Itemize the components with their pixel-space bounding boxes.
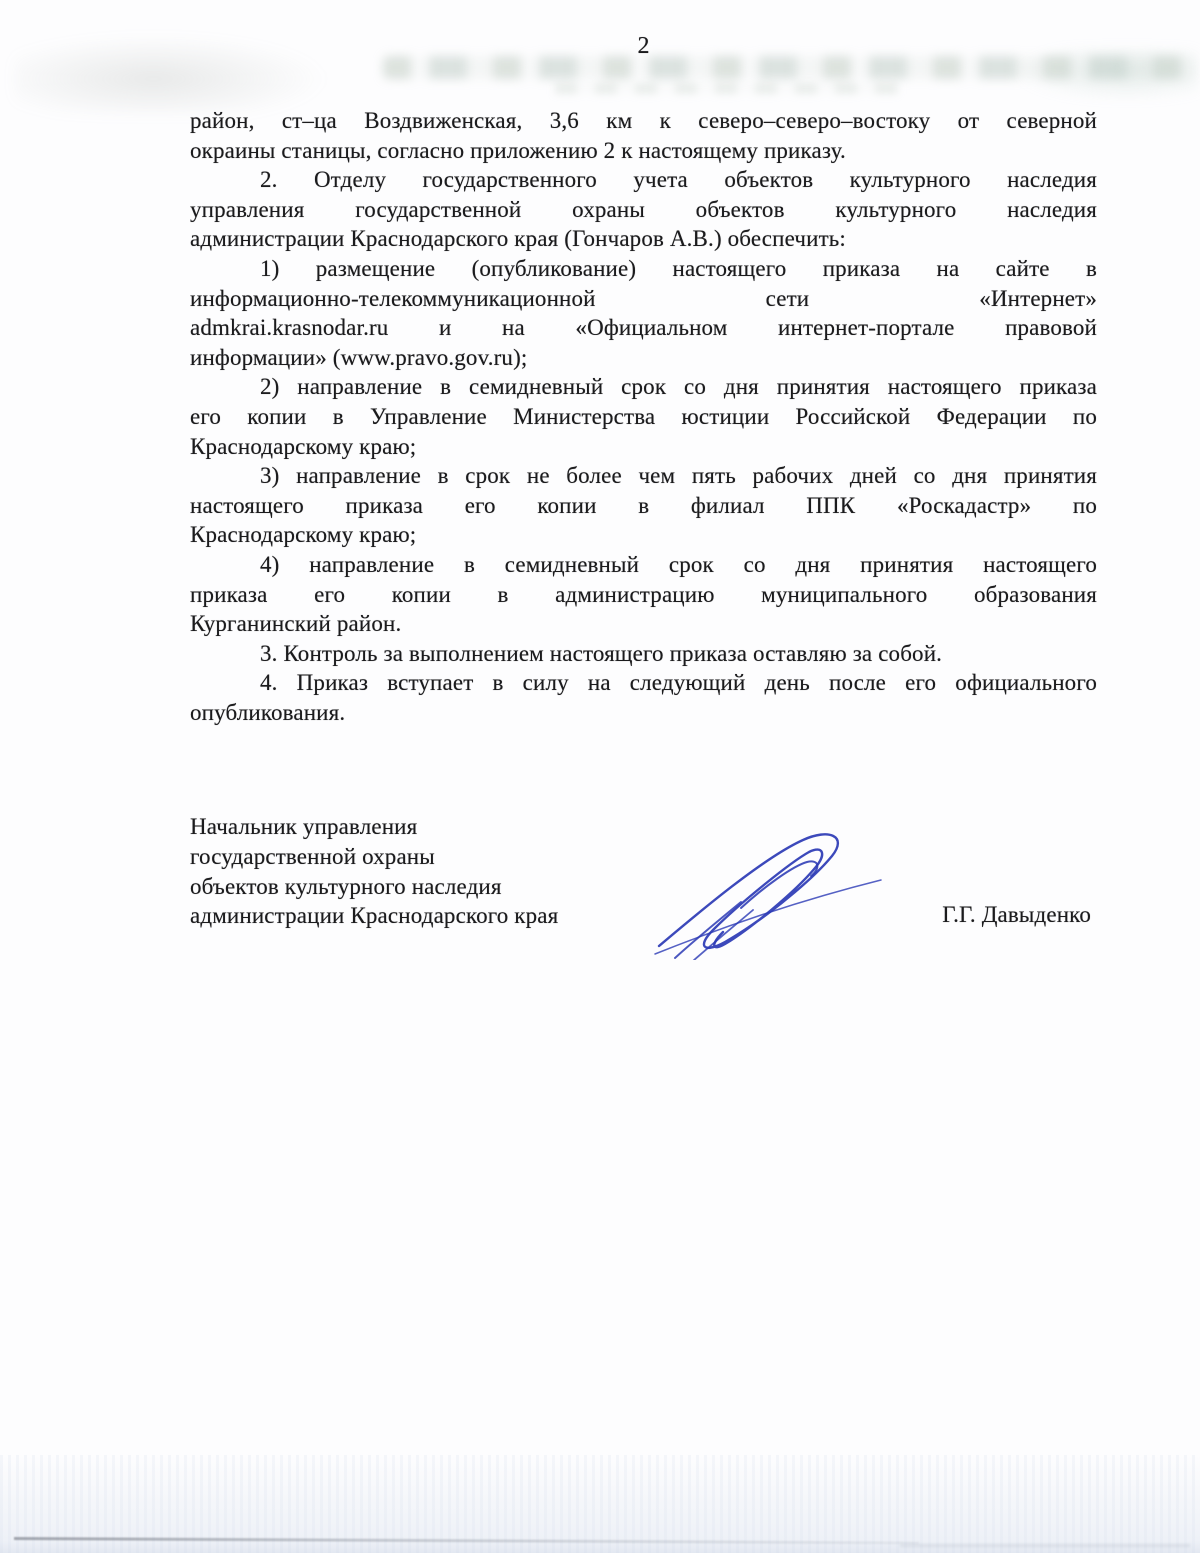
text-line: информации» (www.pravo.gov.ru); [190, 343, 1097, 373]
text-line: 1) размещение (опубликование) настоящего… [190, 254, 1097, 284]
text-line: окраины станицы, согласно приложению 2 к… [190, 136, 1097, 166]
scanner-streak-line-2 [900, 1544, 1190, 1547]
signature-block: Начальник управлениягосударственной охра… [190, 812, 1097, 972]
text-line: 4) направление в семидневный срок со дня… [190, 550, 1097, 580]
signatory-title-line: государственной охраны [190, 842, 1097, 872]
text-line: Курганинский район. [190, 609, 1097, 639]
signatory-name: Г.Г. Давыденко [942, 900, 1091, 930]
text-line: настоящего приказа его копии в филиал ПП… [190, 491, 1097, 521]
text-line: его копии в Управление Министерства юсти… [190, 402, 1097, 432]
text-line: район, ст–ца Воздвиженская, 3,6 км к сев… [190, 106, 1097, 136]
text-line: администрации Краснодарского края (Гонча… [190, 224, 1097, 254]
text-line: 3. Контроль за выполнением настоящего пр… [190, 639, 1097, 669]
text-line: 4. Приказ вступает в силу на следующий д… [190, 668, 1097, 698]
document-body: район, ст–ца Воздвиженская, 3,6 км к сев… [190, 106, 1097, 727]
text-line: опубликования. [190, 698, 1097, 728]
text-line: 2) направление в семидневный срок со дня… [190, 372, 1097, 402]
text-line: Краснодарскому краю; [190, 432, 1097, 462]
text-line: Краснодарскому краю; [190, 520, 1097, 550]
text-line: управления государственной охраны объект… [190, 195, 1097, 225]
text-line: информационно-телекоммуникационной сети … [190, 284, 1097, 314]
signatory-title-line: объектов культурного наследия [190, 872, 1097, 902]
ink-bleedthrough-band-2 [555, 83, 900, 94]
text-line: 3) направление в срок не более чем пять … [190, 461, 1097, 491]
signatory-title-line: Начальник управления [190, 812, 1097, 842]
text-line: приказа его копии в администрацию муници… [190, 580, 1097, 610]
handwritten-signature [645, 830, 885, 960]
text-line: 2. Отделу государственного учета объекто… [190, 165, 1097, 195]
text-line: admkrai.krasnodar.ru и на «Официальном и… [190, 313, 1097, 343]
scanned-document-page: 2 район, ст–ца Воздвиженская, 3,6 км к с… [0, 0, 1200, 1553]
page-number: 2 [190, 33, 1097, 60]
